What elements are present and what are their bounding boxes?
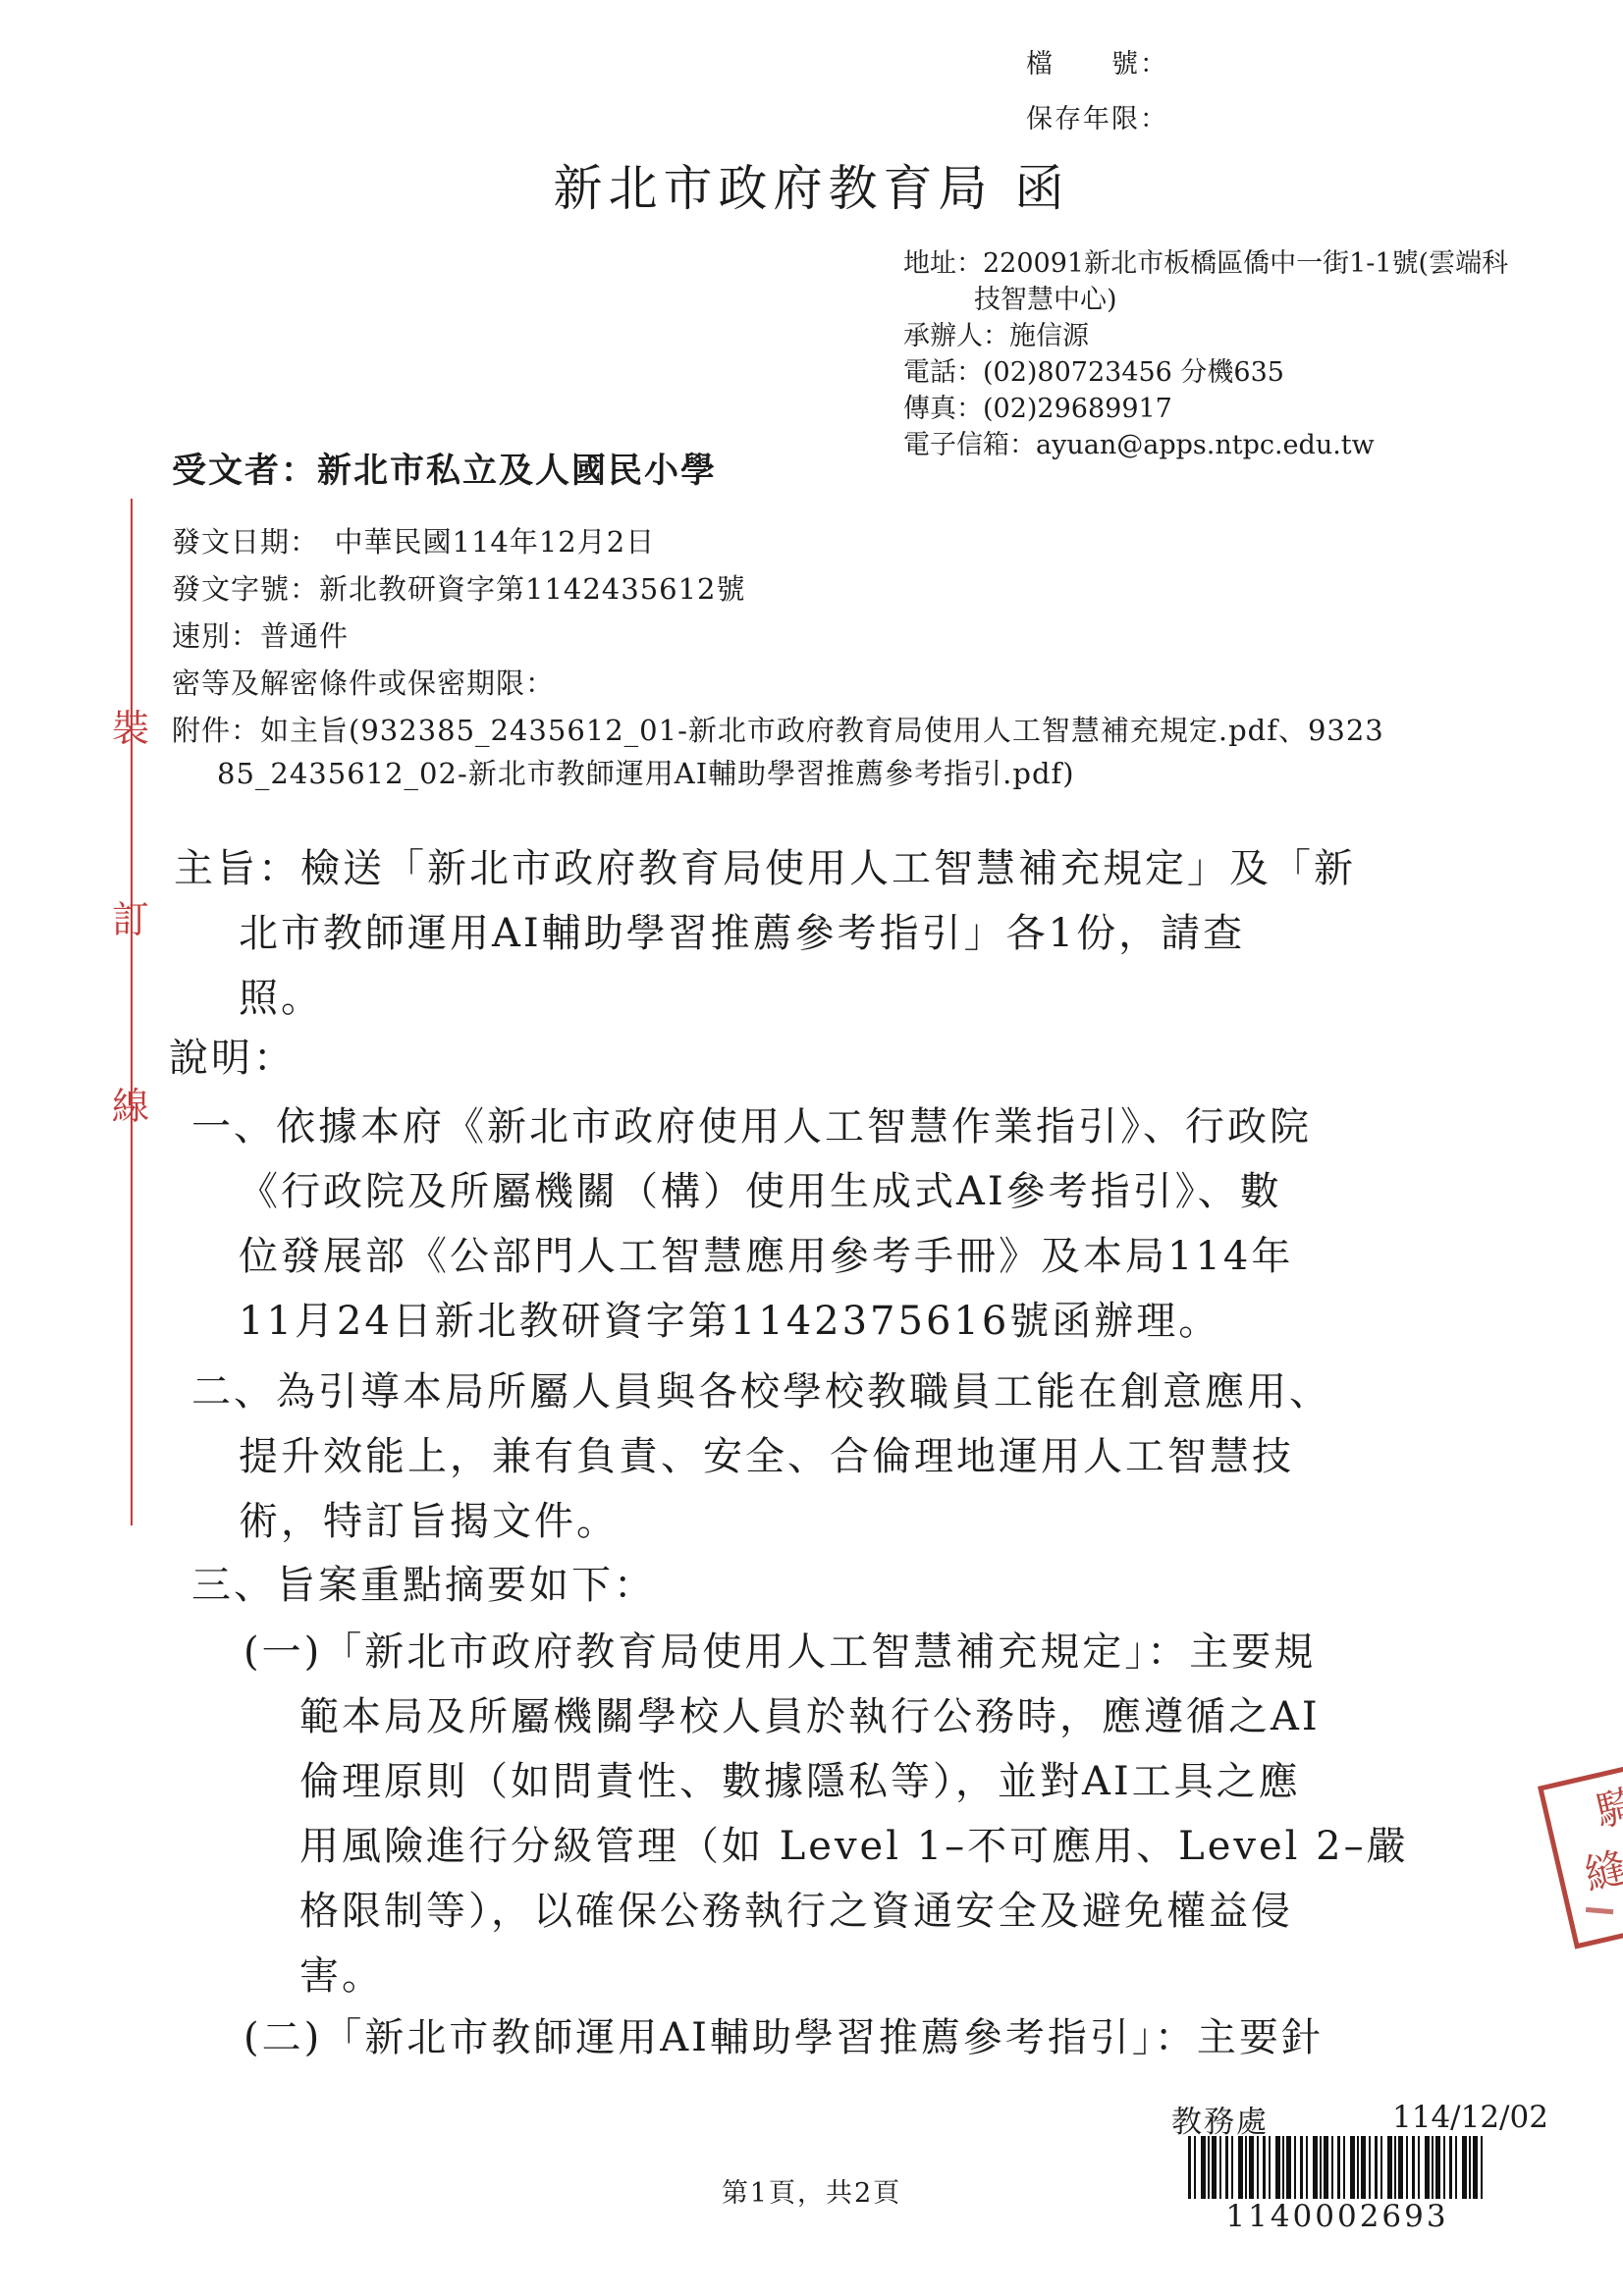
text-line: 倫理原則（如問責性、數據隱私等），並對AI工具之應: [299, 1749, 1409, 1814]
recipient-line: 受文者：新北市私立及人國民小學: [172, 444, 717, 493]
document-meta-block: 發文日期： 中華民國114年12月2日發文字號：新北教研資字第114243561…: [172, 518, 1384, 793]
text-line: 承辦人：施信源: [903, 318, 1508, 354]
text-line: 主旨：檢送「新北市政府教育局使用人工智慧補充規定」及「新: [174, 836, 1356, 901]
text-line: 11月24日新北教研資字第1142375616號函辦理。: [239, 1289, 1312, 1354]
text-line: 提升效能上，兼有負責、安全、合倫理地運用人工智慧技: [239, 1424, 1331, 1489]
file-info-block: 檔 號： 保存年限：: [1026, 37, 1168, 147]
sender-contact-block: 地址：220091新北市板橋區僑中一街1-1號(雲端科技智慧中心)承辦人：施信源…: [903, 245, 1508, 463]
explanation-subitem-2: (二)「新北市教師運用AI輔助學習推薦參考指引」：主要針: [243, 2005, 1324, 2070]
binding-mark-zhuang: 裝: [112, 709, 149, 748]
text-line: 發文日期： 中華民國114年12月2日: [172, 518, 1384, 565]
text-line: 位發展部《公部門人工智慧應用參考手冊》及本局114年: [239, 1224, 1312, 1289]
explanation-subitem-1: (一)「新北市政府教育局使用人工智慧補充規定」：主要規範本局及所屬機關學校人員於…: [243, 1620, 1409, 2008]
text-line: 一、依據本府《新北市政府使用人工智慧作業指引》、行政院: [191, 1095, 1312, 1159]
text-line: 85_2435612_02-新北市教師運用AI輔助學習推薦參考指引.pdf): [217, 754, 1384, 793]
text-line: 《行政院及所屬機關（構）使用生成式AI參考指引》、數: [239, 1159, 1312, 1224]
text-line: 用風險進行分級管理（如 Level 1–不可應用、Level 2–嚴: [299, 1814, 1409, 1879]
text-line: 格限制等），以確保公務執行之資通安全及避免權益侵: [299, 1879, 1409, 1944]
explanation-item-1: 一、依據本府《新北市政府使用人工智慧作業指引》、行政院《行政院及所屬機關（構）使…: [191, 1095, 1312, 1354]
page-indicator: 第1頁，共2頁: [0, 2171, 1623, 2210]
retention-period-label: 保存年限：: [1026, 92, 1168, 147]
page-seam-stamp: 騎 縫: [1538, 1740, 1623, 1949]
document-page: 檔 號： 保存年限： 新北市政府教育局 函 地址：220091新北市板橋區僑中一…: [0, 0, 1623, 2296]
binding-mark-xian: 線: [112, 1087, 149, 1126]
text-line: (二)「新北市教師運用AI輔助學習推薦參考指引」：主要針: [243, 2005, 1324, 2070]
text-line: 北市教師運用AI輔助學習推薦參考指引」各1份，請查: [239, 901, 1356, 966]
text-line: 速別：普通件: [172, 613, 1384, 660]
stamp-partial-mark: [1586, 1907, 1613, 1914]
text-line: 附件：如主旨(932385_2435612_01-新北市政府教育局使用人工智慧補…: [172, 707, 1384, 754]
text-line: 地址：220091新北市板橋區僑中一街1-1號(雲端科: [903, 245, 1508, 282]
text-line: 電話：(02)80723456 分機635: [903, 354, 1508, 391]
explanation-item-3: 三、旨案重點摘要如下：: [191, 1553, 656, 1618]
file-number-label: 檔 號：: [1026, 37, 1168, 92]
text-line: 照。: [239, 966, 1356, 1031]
text-line: 術，特訂旨揭文件。: [239, 1489, 1331, 1554]
subject-paragraph: 主旨：檢送「新北市政府教育局使用人工智慧補充規定」及「新北市教師運用AI輔助學習…: [174, 836, 1356, 1031]
stamp-date: 114/12/02: [1392, 2100, 1548, 2135]
binding-mark-ding: 訂: [112, 900, 149, 939]
text-line: 發文字號：新北教研資字第1142435612號: [172, 565, 1384, 613]
stamp-character-feng: 縫: [1578, 1836, 1623, 1902]
explanation-heading: 說明：: [169, 1026, 296, 1091]
text-line: 密等及解密條件或保密期限：: [172, 660, 1384, 707]
text-line: 電子信箱：ayuan@apps.ntpc.edu.tw: [903, 427, 1508, 463]
text-line: 三、旨案重點摘要如下：: [191, 1553, 656, 1618]
text-line: 害。: [299, 1944, 1409, 2008]
text-line: 二、為引導本局所屬人員與各校學校教職員工能在創意應用、: [191, 1360, 1331, 1424]
department-label: 教務處: [1171, 2097, 1269, 2141]
explanation-item-2: 二、為引導本局所屬人員與各校學校教職員工能在創意應用、提升效能上，兼有負責、安全…: [191, 1360, 1331, 1554]
stamp-character-qi: 騎: [1590, 1772, 1623, 1839]
text-line: 範本局及所屬機關學校人員於執行公務時，應遵循之AI: [299, 1684, 1409, 1749]
document-title: 新北市政府教育局 函: [0, 149, 1623, 220]
text-line: 技智慧中心): [974, 282, 1508, 318]
text-line: 傳真：(02)29689917: [903, 391, 1508, 427]
binding-line: [131, 499, 133, 1525]
text-line: (一)「新北市政府教育局使用人工智慧補充規定」：主要規: [243, 1620, 1409, 1684]
